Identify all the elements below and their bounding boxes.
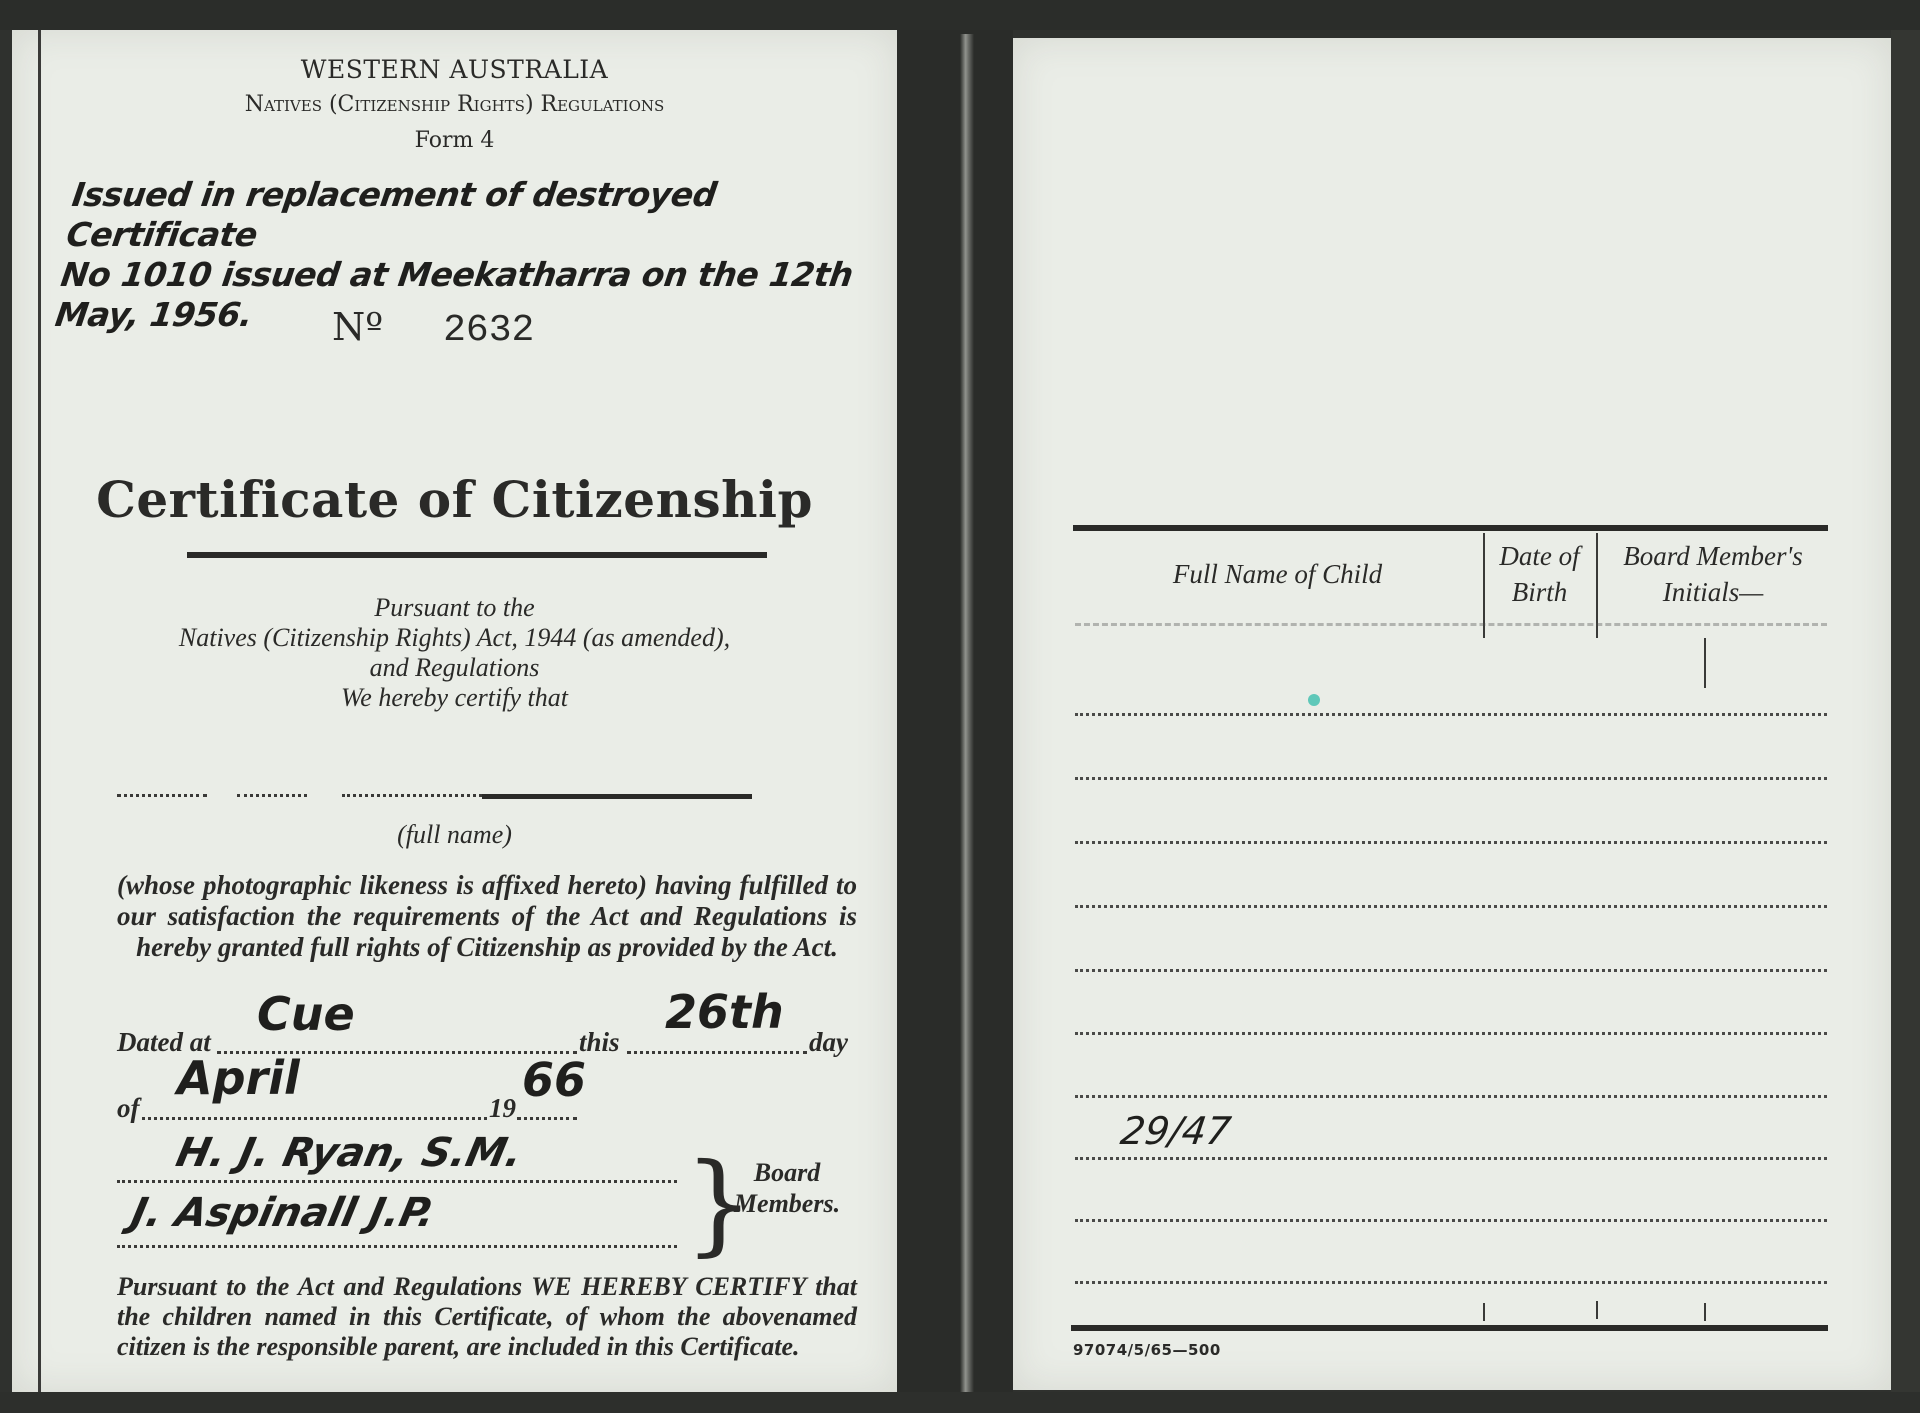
header-regulations: Natives (Citizenship Rights) Regulations	[12, 92, 897, 117]
table-row-line-3	[1075, 841, 1827, 844]
printer-code: 97074/5/65—500	[1073, 1341, 1221, 1359]
table-row-line-7	[1075, 1095, 1827, 1098]
month-year-row: of April 19 66	[117, 1093, 857, 1123]
full-name-dots-1	[117, 794, 207, 797]
handwritten-note-line-1: Issued in replacement of destroyed Certi…	[64, 175, 895, 255]
full-name-dots-2	[237, 794, 307, 797]
children-clause-part-1: Pursuant to the Act and Regulations	[117, 1272, 531, 1301]
pursuant-line-2: Natives (Citizenship Rights) Act, 1944 (…	[12, 623, 897, 653]
children-inclusion-clause: Pursuant to the Act and Regulations WE H…	[117, 1272, 857, 1362]
table-row-line-0	[1075, 623, 1827, 626]
board-label-line-2: Members.	[722, 1188, 852, 1219]
table-row-line-10	[1075, 1281, 1827, 1284]
teal-ink-mark	[1308, 694, 1320, 706]
year-dots	[517, 1117, 577, 1120]
pursuant-preamble: Pursuant to the Natives (Citizenship Rig…	[12, 593, 897, 713]
table-row-line-9	[1075, 1219, 1827, 1222]
column-tick-1	[1483, 1303, 1485, 1321]
full-name-field	[117, 794, 852, 802]
day-label: day	[809, 1027, 848, 1057]
signature-line-1	[117, 1180, 677, 1183]
scan-frame-bottom	[0, 1392, 1920, 1413]
table-row-line-2	[1075, 777, 1827, 780]
table-row-line-8	[1075, 1157, 1827, 1160]
initials-header-line-2: Initials—	[1598, 574, 1828, 610]
full-name-dots-3	[342, 794, 482, 797]
certificate-number: Nº2632	[332, 305, 534, 352]
board-member-signature-2: J. Aspinall J.P.	[127, 1190, 439, 1236]
table-row-line-6	[1075, 1032, 1827, 1035]
title-underline	[187, 552, 767, 558]
children-clause-caps: WE HEREBY CERTIFY	[531, 1272, 805, 1301]
booklet-spine	[897, 30, 1013, 1413]
dob-header-line-1: Date of	[1483, 538, 1596, 574]
handwritten-place: Cue	[257, 999, 355, 1029]
handwritten-year: 66	[522, 1065, 586, 1095]
column-tick-3	[1704, 1303, 1706, 1321]
board-members-label: Board Members.	[722, 1157, 852, 1219]
signature-line-2	[117, 1245, 677, 1248]
handwritten-child-entry: 29/47	[1118, 1109, 1234, 1153]
scan-frame-right	[1891, 30, 1920, 1413]
children-table-bottom-rule	[1071, 1325, 1828, 1331]
handwritten-month: April	[177, 1063, 300, 1093]
column-header-full-name: Full Name of Child	[1075, 556, 1480, 592]
left-page-edge-line	[38, 30, 41, 1392]
column-tick-2	[1596, 1301, 1598, 1319]
full-name-redacted-bar	[482, 794, 752, 799]
grant-statement: (whose photographic likeness is affixed …	[117, 870, 857, 963]
column-header-board-initials: Board Member's Initials—	[1598, 538, 1828, 610]
spine-crease	[960, 34, 974, 1394]
table-row-line-1	[1075, 713, 1827, 716]
certificate-number-value: 2632	[443, 309, 534, 352]
header-state: WESTERN AUSTRALIA	[12, 55, 897, 84]
handwritten-day: 26th	[665, 997, 784, 1027]
full-name-caption: (full name)	[12, 820, 897, 850]
day-dots	[627, 1051, 807, 1054]
pursuant-line-1: Pursuant to the	[12, 593, 897, 623]
year-prefix: 19	[489, 1093, 516, 1123]
certificate-number-label: Nº	[332, 305, 383, 349]
handwritten-note-line-2: No 1010 issued at Meekatharra on the 12t…	[58, 255, 884, 295]
month-dots	[142, 1117, 487, 1120]
dob-header-line-2: Birth	[1483, 574, 1596, 610]
initials-header-line-1: Board Member's	[1598, 538, 1828, 574]
children-table-top-rule	[1073, 525, 1828, 531]
left-page: WESTERN AUSTRALIA Natives (Citizenship R…	[12, 30, 897, 1392]
board-member-signature-1: H. J. Ryan, S.M.	[172, 1130, 526, 1176]
column-divider-3	[1704, 638, 1706, 688]
column-header-date-of-birth: Date of Birth	[1483, 538, 1596, 610]
pursuant-line-4: We hereby certify that	[12, 683, 897, 713]
right-page: Full Name of Child Date of Birth Board M…	[1013, 38, 1891, 1390]
scan-frame-top	[0, 0, 1920, 30]
table-row-line-5	[1075, 969, 1827, 972]
certificate-title: Certificate of Citizenship	[12, 470, 897, 529]
table-row-line-4	[1075, 905, 1827, 908]
board-label-line-1: Board	[722, 1157, 852, 1188]
header-form-number: Form 4	[12, 128, 897, 153]
pursuant-line-3: and Regulations	[12, 653, 897, 683]
of-label: of	[117, 1093, 140, 1123]
